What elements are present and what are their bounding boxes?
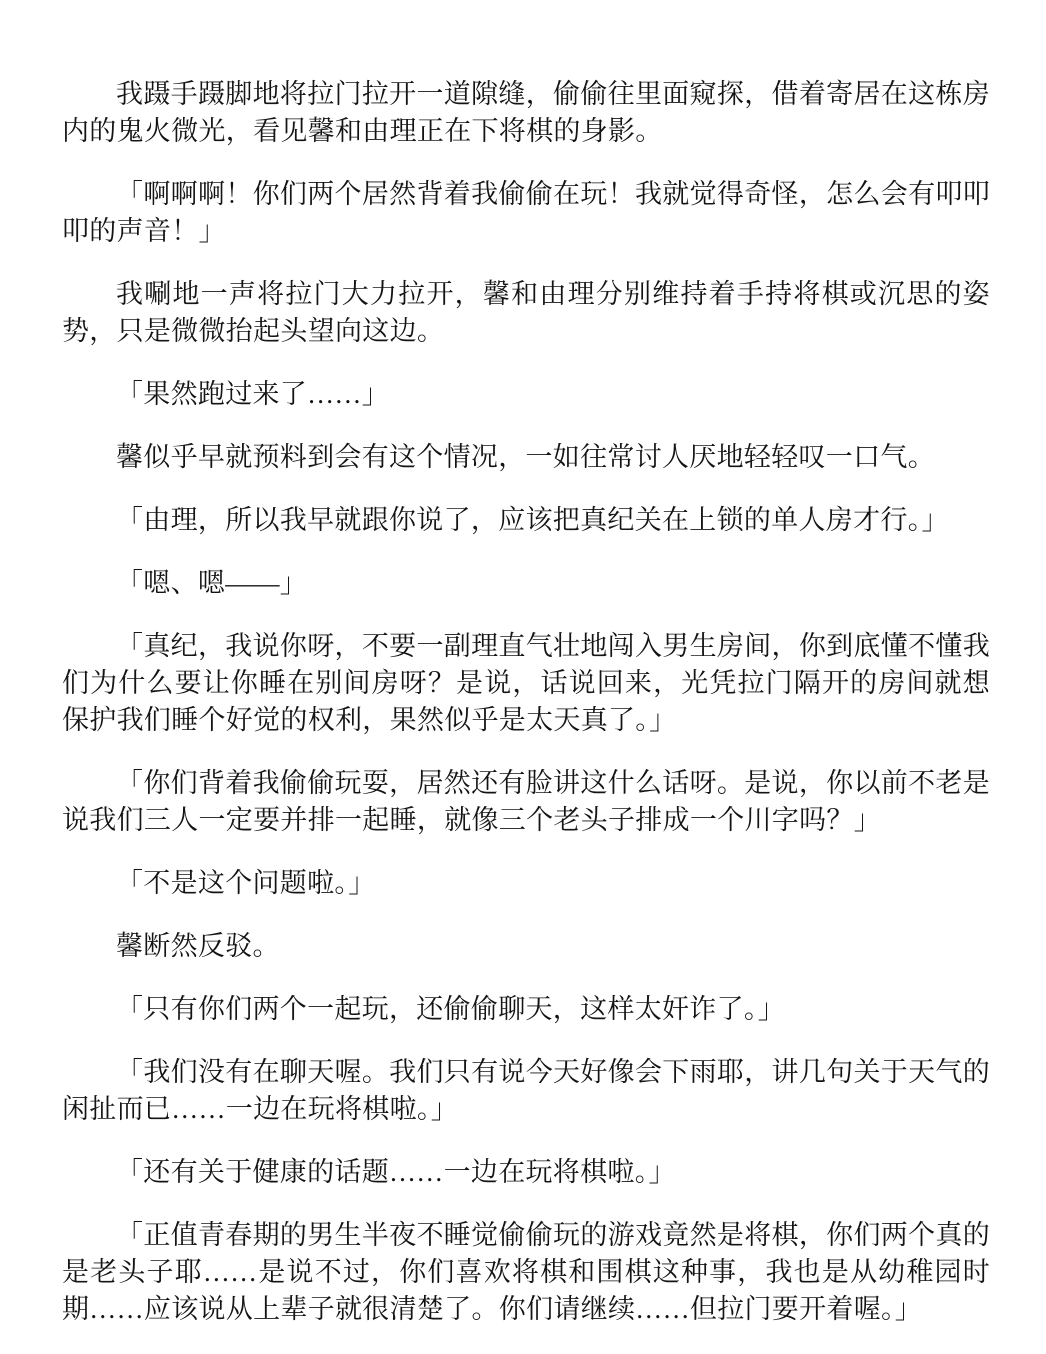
paragraph: 「我们没有在聊天喔。我们只有说今天好像会下雨耶，讲几句关于天气的闲扯而已……一边… [62, 1054, 990, 1128]
paragraph: 「正值青春期的男生半夜不睡觉偷偷玩的游戏竟然是将棋，你们两个真的是老头子耶……是… [62, 1217, 990, 1328]
paragraph: 「只有你们两个一起玩，还偷偷聊天，这样太奸诈了。」 [62, 991, 990, 1028]
paragraph: 我唰地一声将拉门大力拉开，馨和由理分别维持着手持将棋或沉思的姿势，只是微微抬起头… [62, 276, 990, 350]
paragraph: 「果然跑过来了……」 [62, 376, 990, 413]
paragraph: 我蹑手蹑脚地将拉门拉开一道隙缝，偷偷往里面窥探，借着寄居在这栋房内的鬼火微光，看… [62, 76, 990, 150]
paragraph: 「还有关于健康的话题……一边在玩将棋啦。」 [62, 1154, 990, 1191]
paragraph: 馨断然反驳。 [62, 928, 990, 965]
paragraph: 「真纪，我说你呀，不要一副理直气壮地闯入男生房间，你到底懂不懂我们为什么要让你睡… [62, 628, 990, 739]
paragraph: 馨似乎早就预料到会有这个情况，一如往常讨人厌地轻轻叹一口气。 [62, 439, 990, 476]
paragraph: 「嗯、嗯——」 [62, 565, 990, 602]
paragraph: 「不是这个问题啦。」 [62, 865, 990, 902]
novel-page: 我蹑手蹑脚地将拉门拉开一道隙缝，偷偷往里面窥探，借着寄居在这栋房内的鬼火微光，看… [0, 0, 1046, 1354]
paragraph: 「啊啊啊！你们两个居然背着我偷偷在玩！我就觉得奇怪，怎么会有叩叩叩的声音！」 [62, 176, 990, 250]
paragraph: 「由理，所以我早就跟你说了，应该把真纪关在上锁的单人房才行。」 [62, 502, 990, 539]
paragraph: 「你们背着我偷偷玩耍，居然还有脸讲这什么话呀。是说，你以前不老是说我们三人一定要… [62, 765, 990, 839]
